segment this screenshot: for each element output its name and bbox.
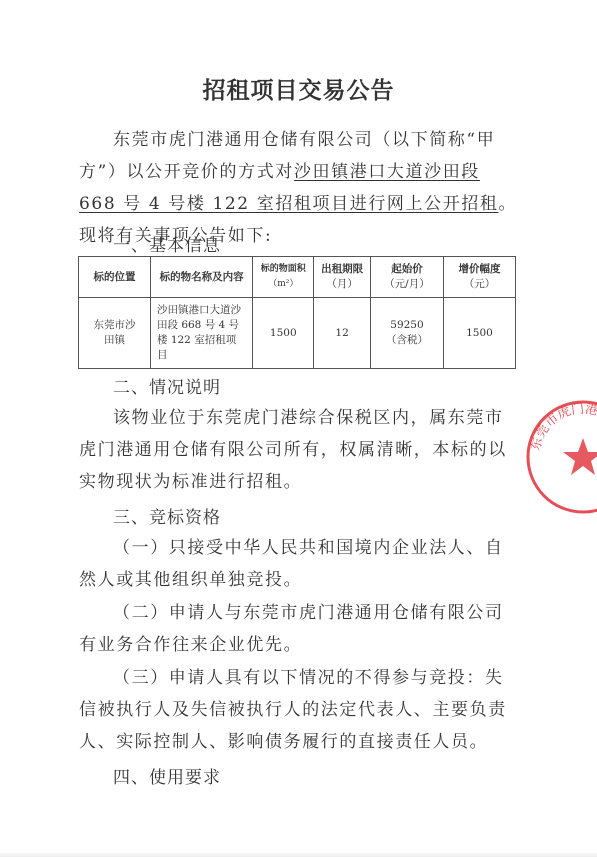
header-location: 标的位置 xyxy=(79,257,151,298)
qualification-item-2: （二）申请人与东莞市虎门港通用仓储有限公司有业务合作往来企业优先。 xyxy=(79,597,519,661)
document-title: 招租项目交易公告 xyxy=(0,72,597,105)
section-heading-usage: 四、使用要求 xyxy=(113,763,221,788)
cell-name: 沙田镇港口大道沙田段 668 号 4 号楼 122 室招租项目 xyxy=(150,298,252,369)
header-area: 标的物面积（m²） xyxy=(253,257,314,298)
cell-increment: 1500 xyxy=(443,298,515,369)
star-icon xyxy=(563,438,597,475)
qualification-item-1: （一）只接受中华人民共和国境内企业法人、自然人或其他组织单独竞投。 xyxy=(79,532,519,596)
basic-info-table: 标的位置 标的物名称及内容 标的物面积（m²） 出租期限（月） 起始价（元/月）… xyxy=(78,256,516,369)
page-bottom-edge xyxy=(0,853,597,857)
cell-area: 1500 xyxy=(253,298,314,369)
cell-term: 12 xyxy=(314,298,371,369)
header-increment: 增价幅度（元） xyxy=(443,257,515,298)
section-heading-qualification: 三、竞标资格 xyxy=(113,503,221,528)
header-start-price: 起始价（元/月） xyxy=(370,257,443,298)
seal-icon: 东莞市虎门港通用仓储有限公司 xyxy=(524,398,597,516)
header-term: 出租期限（月） xyxy=(314,257,371,298)
section-heading-description: 二、情况说明 xyxy=(113,373,221,398)
table-row: 东莞市沙田镇 沙田镇港口大道沙田段 668 号 4 号楼 122 室招租项目 1… xyxy=(79,298,516,369)
qualification-item-3: （三）申请人具有以下情况的不得参与竞投：失信被执行人及失信被执行人的法定代表人、… xyxy=(79,662,519,758)
description-paragraph: 该物业位于东莞虎门港综合保税区内，属东莞市虎门港通用仓储有限公司所有，权属清晰，… xyxy=(79,402,519,498)
company-seal-stamp: 东莞市虎门港通用仓储有限公司 xyxy=(524,398,597,516)
header-name: 标的物名称及内容 xyxy=(150,257,252,298)
cell-location: 东莞市沙田镇 xyxy=(79,298,151,369)
cell-start-price: 59250（含税） xyxy=(370,298,443,369)
table-header-row: 标的位置 标的物名称及内容 标的物面积（m²） 出租期限（月） 起始价（元/月）… xyxy=(79,257,516,298)
section-heading-basic-info: 一、基本信息 xyxy=(113,231,221,256)
